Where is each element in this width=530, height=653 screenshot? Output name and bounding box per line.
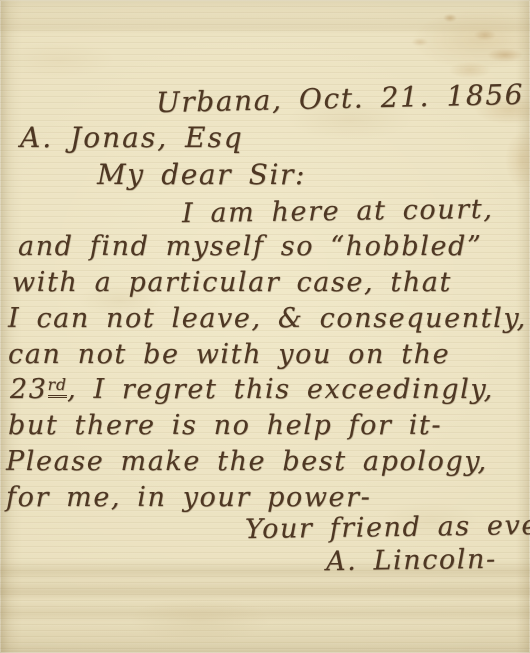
paper-ribbing-texture [0, 0, 530, 653]
foxing-stain [300, 0, 530, 200]
letter-recipient: A. Jonas, Esq [20, 121, 244, 154]
letter-body-line-7: but there is no help for it- [8, 410, 442, 441]
paper-streak-bands [0, 0, 530, 653]
letter-body-line-9: for me, in your power- [6, 482, 371, 513]
letter-signature: A. Lincoln- [326, 544, 497, 577]
day-line-rest: , I regret this exceedingly, [67, 374, 494, 405]
letter-scan: Urbana, Oct. 21. 1856 A. Jonas, Esq My d… [0, 0, 530, 653]
day-number: 23 [10, 374, 48, 405]
letter-body-line-8: Please make the best apology, [6, 446, 488, 477]
letter-body-line-4: I can not leave, & consequently, [8, 303, 527, 334]
letter-body-line-2: and find myself so “hobbled” [18, 231, 482, 262]
letter-closing: Your friend as ever [245, 510, 530, 545]
letter-body-line-6: 23rd, I regret this exceedingly, [10, 374, 494, 405]
letter-body-line-1: I am here at court, [182, 194, 494, 229]
day-ordinal-superscript: rd [48, 375, 68, 398]
letter-body-line-5: can not be with you on the [8, 339, 450, 370]
letter-dateline: Urbana, Oct. 21. 1856 [156, 78, 525, 119]
letter-body-line-3: with a particular case, that [12, 267, 452, 298]
letter-salutation: My dear Sir: [97, 158, 306, 191]
paper-mottling [0, 0, 530, 653]
